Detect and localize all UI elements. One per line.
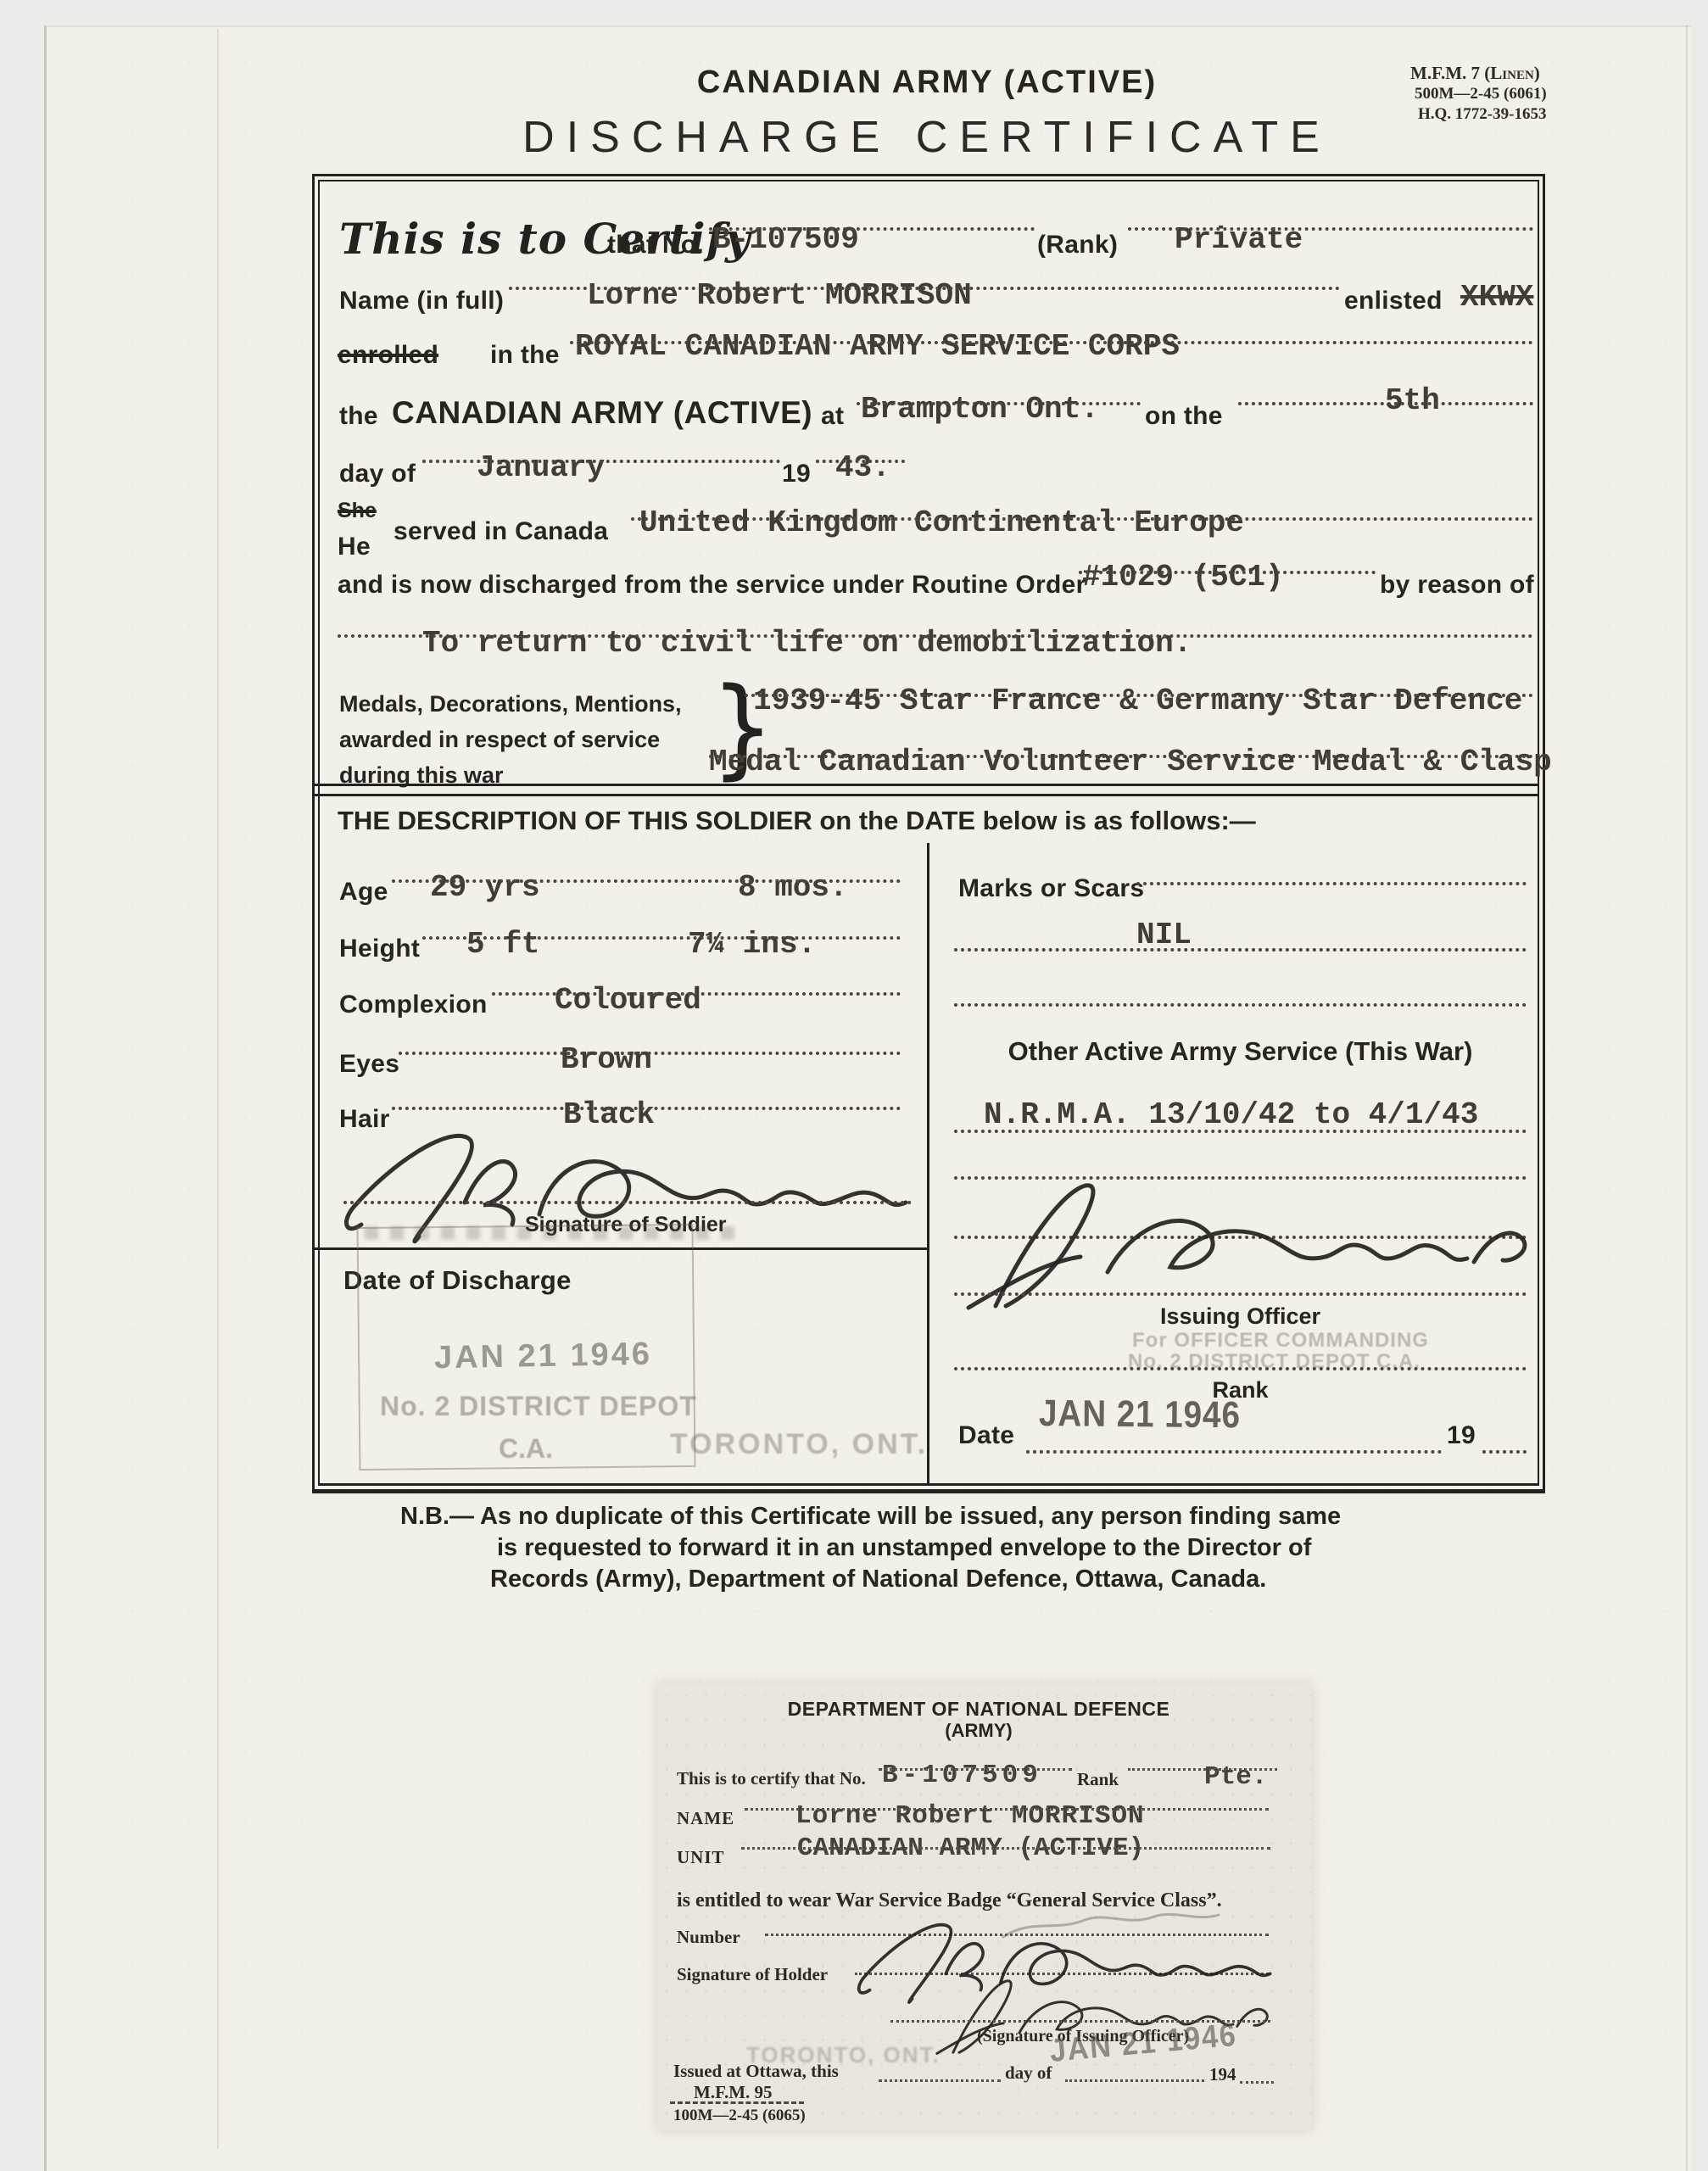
card-rank-value: Pte. <box>1204 1762 1267 1792</box>
footnote-line2: is requested to forward it in an unstamp… <box>497 1534 1311 1562</box>
dotted-line <box>392 1107 901 1110</box>
discharge-ca-stamp: C.A. <box>499 1433 553 1465</box>
dotted-line <box>1128 227 1533 231</box>
dotted-line <box>857 402 1141 405</box>
dotted-line <box>492 992 901 996</box>
officer-stamp-line1: For OFFICER COMMANDING <box>1132 1329 1429 1353</box>
dotted-line <box>745 1808 1269 1811</box>
she-struck-label: She <box>338 499 377 523</box>
dotted-line <box>399 1052 901 1055</box>
age-years-value: 29 yrs <box>430 870 540 905</box>
form-code-line3: H.Q. 1772-39-1653 <box>1418 105 1546 124</box>
dotted-line <box>343 1201 912 1204</box>
medals-label-line1: Medals, Decorations, Mentions, <box>339 691 682 717</box>
dotted-line <box>709 755 1533 758</box>
discharge-depot-stamp: No. 2 DISTRICT DEPOT <box>380 1391 697 1422</box>
dotted-line <box>1240 2081 1274 2084</box>
card-name-label: NAME <box>677 1808 734 1829</box>
card-service-number: B-107509 <box>882 1761 1042 1790</box>
dotted-line <box>338 634 1533 638</box>
date-stamp: JAN 21 1946 <box>1039 1392 1241 1437</box>
year-value: 43. <box>835 450 890 485</box>
dotted-line <box>879 1768 1072 1771</box>
dotted-line <box>392 879 901 883</box>
date-year-prefix: 19 <box>1447 1421 1476 1450</box>
name-value: Lorne Robert MORRISON <box>587 278 972 313</box>
dashed-line <box>670 2101 804 2104</box>
that-no-label: that No. <box>607 231 704 260</box>
dotted-line <box>816 460 905 463</box>
discharge-label: and is now discharged from the service u… <box>338 571 1086 600</box>
card-dept-line2: (ARMY) <box>750 1720 1208 1742</box>
complexion-value: Coloured <box>555 983 701 1018</box>
dotted-line <box>422 460 780 463</box>
height-inches-value: 7¼ ins. <box>688 927 816 962</box>
card-form-code: M.F.M. 95 <box>694 2082 773 2103</box>
paper-right-edge <box>1686 25 1688 2171</box>
dotted-line <box>1026 1450 1442 1454</box>
dotted-line <box>745 694 1533 697</box>
dotted-line <box>954 1292 1527 1296</box>
card-name-value: Lorne Robert MORRISON <box>795 1801 1145 1831</box>
dotted-line <box>954 1130 1527 1133</box>
day-of-label: day of <box>339 460 416 488</box>
age-months-value: 8 mos. <box>738 870 848 905</box>
dotted-line <box>1128 1768 1277 1771</box>
reason-value: To return to civil life on demobilizatio… <box>422 626 1192 661</box>
medals-label-line2: awarded in respect of service <box>339 727 660 753</box>
army-title-inline: CANADIAN ARMY (ACTIVE) <box>392 395 812 431</box>
card-number-label: Number <box>677 1927 740 1948</box>
dotted-line <box>570 341 1533 344</box>
column-divider <box>927 843 929 1484</box>
dotted-line <box>954 1003 1527 1007</box>
section-divider-rule <box>315 784 1538 796</box>
dotted-line <box>954 948 1527 952</box>
card-year-prefix: 194 <box>1209 2064 1236 2085</box>
other-service-heading: Other Active Army Service (This War) <box>954 1036 1527 1067</box>
year-prefix-label: 19 <box>782 460 811 488</box>
card-dept-line1: DEPARTMENT OF NATIONAL DEFENCE <box>750 1698 1208 1721</box>
the-label: the <box>339 402 378 431</box>
dotted-line <box>1482 1450 1527 1454</box>
dotted-line <box>422 936 901 940</box>
card-signature-holder-label: Signature of Holder <box>677 1964 828 1985</box>
enrolled-struck-label: enrolled <box>338 341 438 370</box>
served-label: served in Canada <box>394 517 608 546</box>
height-label: Height <box>339 935 420 963</box>
by-reason-label: by reason of <box>1380 571 1534 600</box>
discharge-city-stamp: TORONTO, ONT. <box>670 1428 928 1461</box>
corps-value: ROYAL CANADIAN ARMY SERVICE CORPS <box>575 329 1180 364</box>
form-code-line2: 500M—2-45 (6061) <box>1415 85 1547 103</box>
eyes-label: Eyes <box>339 1050 399 1079</box>
other-service-value: N.R.M.A. 13/10/42 to 4/1/43 <box>984 1097 1478 1132</box>
marks-label: Marks or Scars <box>958 874 1144 903</box>
eyes-value: Brown <box>561 1042 652 1077</box>
footnote-line1: N.B.— As no duplicate of this Certificat… <box>400 1503 1341 1531</box>
dotted-line <box>1065 2079 1204 2082</box>
dotted-line <box>1238 402 1533 405</box>
page-title-line1: CANADIAN ARMY (ACTIVE) <box>312 64 1542 101</box>
dotted-line <box>954 1367 1527 1370</box>
scanned-discharge-certificate-page: CANADIAN ARMY (ACTIVE) DISCHARGE CERTIFI… <box>0 0 1708 2171</box>
dotted-line <box>631 517 1533 521</box>
card-issued-label: Issued at Ottawa, this <box>673 2061 839 2082</box>
discharge-date-stamp: JAN 21 1946 <box>434 1337 653 1376</box>
rank-label: (Rank) <box>1037 231 1118 260</box>
page-title-line2: DISCHARGE CERTIFICATE <box>312 112 1542 163</box>
place-value: Brampton Ont. <box>861 392 1099 427</box>
dotted-line <box>879 2079 1001 2082</box>
medals-value-line1: 1939-45 Star France & Germany Star Defen… <box>753 684 1522 718</box>
enlisted-label: enlisted <box>1344 287 1443 315</box>
stamp-smudge <box>365 1226 746 1240</box>
day-value: 5th <box>1385 383 1440 418</box>
form-code-line1: M.F.M. 7 (Linen) <box>1410 63 1540 84</box>
dotted-line <box>509 287 1340 290</box>
card-day-of-label: day of <box>1005 2062 1052 2084</box>
complexion-label: Complexion <box>339 991 488 1019</box>
card-unit-label: UNIT <box>677 1847 725 1868</box>
medals-value-line2: Medal Canadian Volunteer Service Medal &… <box>709 745 1552 779</box>
card-certify-label: This is to certify that No. <box>677 1768 866 1789</box>
order-value: #1029 (5C1) <box>1082 560 1284 594</box>
enlisted-struck-text: XKWX <box>1460 280 1533 315</box>
paper-fold-line <box>217 29 219 2149</box>
dotted-line <box>1079 571 1376 574</box>
in-the-label: in the <box>490 341 560 370</box>
dotted-line <box>1136 882 1527 885</box>
he-label: He <box>338 533 371 561</box>
card-print-code: 100M—2-45 (6065) <box>673 2107 806 2125</box>
date-label: Date <box>958 1421 1014 1450</box>
dotted-line <box>709 227 1035 231</box>
served-value: United Kingdom Continental Europe <box>639 505 1244 540</box>
description-heading: THE DESCRIPTION OF THIS SOLDIER on the D… <box>338 806 1256 836</box>
marks-value: NIL <box>1136 918 1192 952</box>
at-label: at <box>821 402 844 431</box>
on-the-label: on the <box>1145 402 1223 431</box>
month-value: January <box>477 450 605 485</box>
footnote-line3: Records (Army), Department of National D… <box>490 1565 1266 1593</box>
card-rank-label: Rank <box>1077 1769 1119 1790</box>
age-label: Age <box>339 878 388 907</box>
height-feet-value: 5 ft <box>466 927 539 962</box>
dotted-line <box>741 1847 1270 1850</box>
issuing-officer-caption: Issuing Officer <box>954 1303 1527 1330</box>
name-label: Name (in full) <box>339 287 504 315</box>
